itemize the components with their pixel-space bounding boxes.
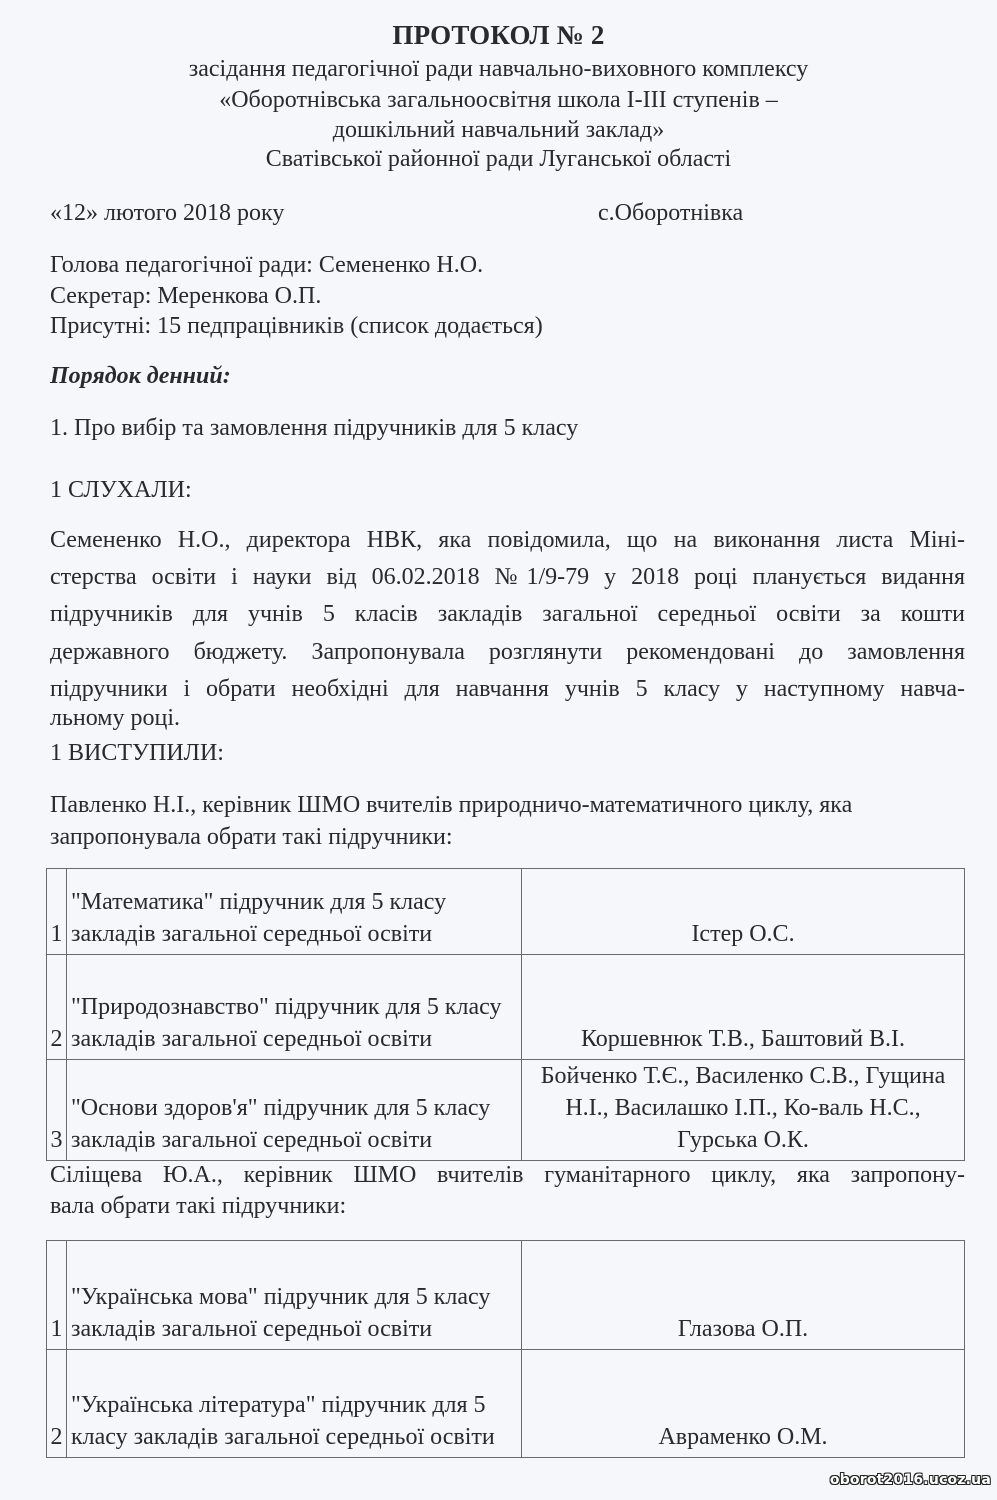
speaker1-line-1: Павленко Н.І., керівник ШМО вчителів при… [50,792,852,819]
protocol-page: ПРОТОКОЛ № 2 засідання педагогічної ради… [0,0,997,1500]
textbooks-table-science: 1 "Математика" підручник для 5 класу зак… [46,868,965,1161]
textbook-title: "Природознавство" підручник для 5 класу … [67,955,522,1060]
textbook-authors: Авраменко О.М. [522,1350,965,1458]
heard-text-line-3: підручників для учнів 5 класів закладів … [50,601,965,628]
row-number: 1 [47,869,67,955]
row-number: 1 [47,1241,67,1350]
textbook-title: "Українська література" підручник для 5 … [67,1350,522,1458]
subtitle-line-3: дошкільний навчальний заклад» [0,117,997,144]
subtitle-line-2: «Оборотнівська загальноосвітня школа І-І… [0,87,997,114]
textbook-title: "Українська мова" підручник для 5 класу … [67,1241,522,1350]
speaker1-line-2: запропонувала обрати такі підручники: [50,824,453,851]
protocol-title: ПРОТОКОЛ № 2 [0,20,997,51]
speaker2-line-2: вала обрати такі підручники: [50,1193,346,1220]
textbooks-table-humanities: 1 "Українська мова" підручник для 5 клас… [46,1240,965,1458]
agenda-item-1: 1. Про вибір та замовлення підручників д… [50,415,578,442]
table-row: 3 "Основи здоров'я" підручник для 5 клас… [47,1060,965,1161]
textbook-authors: Бойченко Т.Є., Василенко С.В., Гущина Н.… [522,1060,965,1161]
secretary-line: Секретар: Меренкова О.П. [50,283,321,310]
agenda-heading: Порядок денний: [50,363,231,390]
table-row: 2 "Природознавство" підручник для 5 клас… [47,955,965,1060]
table-row: 1 "Математика" підручник для 5 класу зак… [47,869,965,955]
speaker2-line-1: Сіліщева Ю.А., керівник ШМО вчителів гум… [50,1162,965,1189]
site-watermark: oborot2016.ucoz.ua [830,1472,991,1488]
textbook-title: "Основи здоров'я" підручник для 5 класу … [67,1060,522,1161]
heard-text-line-6: льному році. [50,705,180,732]
table-row: 1 "Українська мова" підручник для 5 клас… [47,1241,965,1350]
row-number: 2 [47,955,67,1060]
subtitle-line-4: Сватівської районної ради Луганської обл… [0,146,997,173]
meeting-date: «12» лютого 2018 року [50,200,284,227]
heard-heading: 1 СЛУХАЛИ: [50,477,192,504]
heard-text-line-1: Семененко Н.О., директора НВК, яка повід… [50,527,965,554]
chair-line: Голова педагогічної ради: Семененко Н.О. [50,252,483,279]
meeting-place: с.Оборотнівка [598,200,743,227]
textbook-authors: Глазова О.П. [522,1241,965,1350]
textbook-authors: Коршевнюк Т.В., Баштовий В.І. [522,955,965,1060]
subtitle-line-1: засідання педагогічної ради навчально-ви… [0,56,997,83]
present-line: Присутні: 15 педпрацівників (список дода… [50,313,543,340]
heard-text-line-2: стерства освіти і науки від 06.02.2018 №… [50,564,965,591]
heard-text-line-5: підручники і обрати необхідні для навчан… [50,676,965,703]
table-row: 2 "Українська література" підручник для … [47,1350,965,1458]
textbook-authors: Істер О.С. [522,869,965,955]
row-number: 2 [47,1350,67,1458]
row-number: 3 [47,1060,67,1161]
spoke-heading: 1 ВИСТУПИЛИ: [50,740,224,767]
heard-text-line-4: державного бюджету. Запропонувала розгля… [50,639,965,666]
textbook-title: "Математика" підручник для 5 класу закла… [67,869,522,955]
